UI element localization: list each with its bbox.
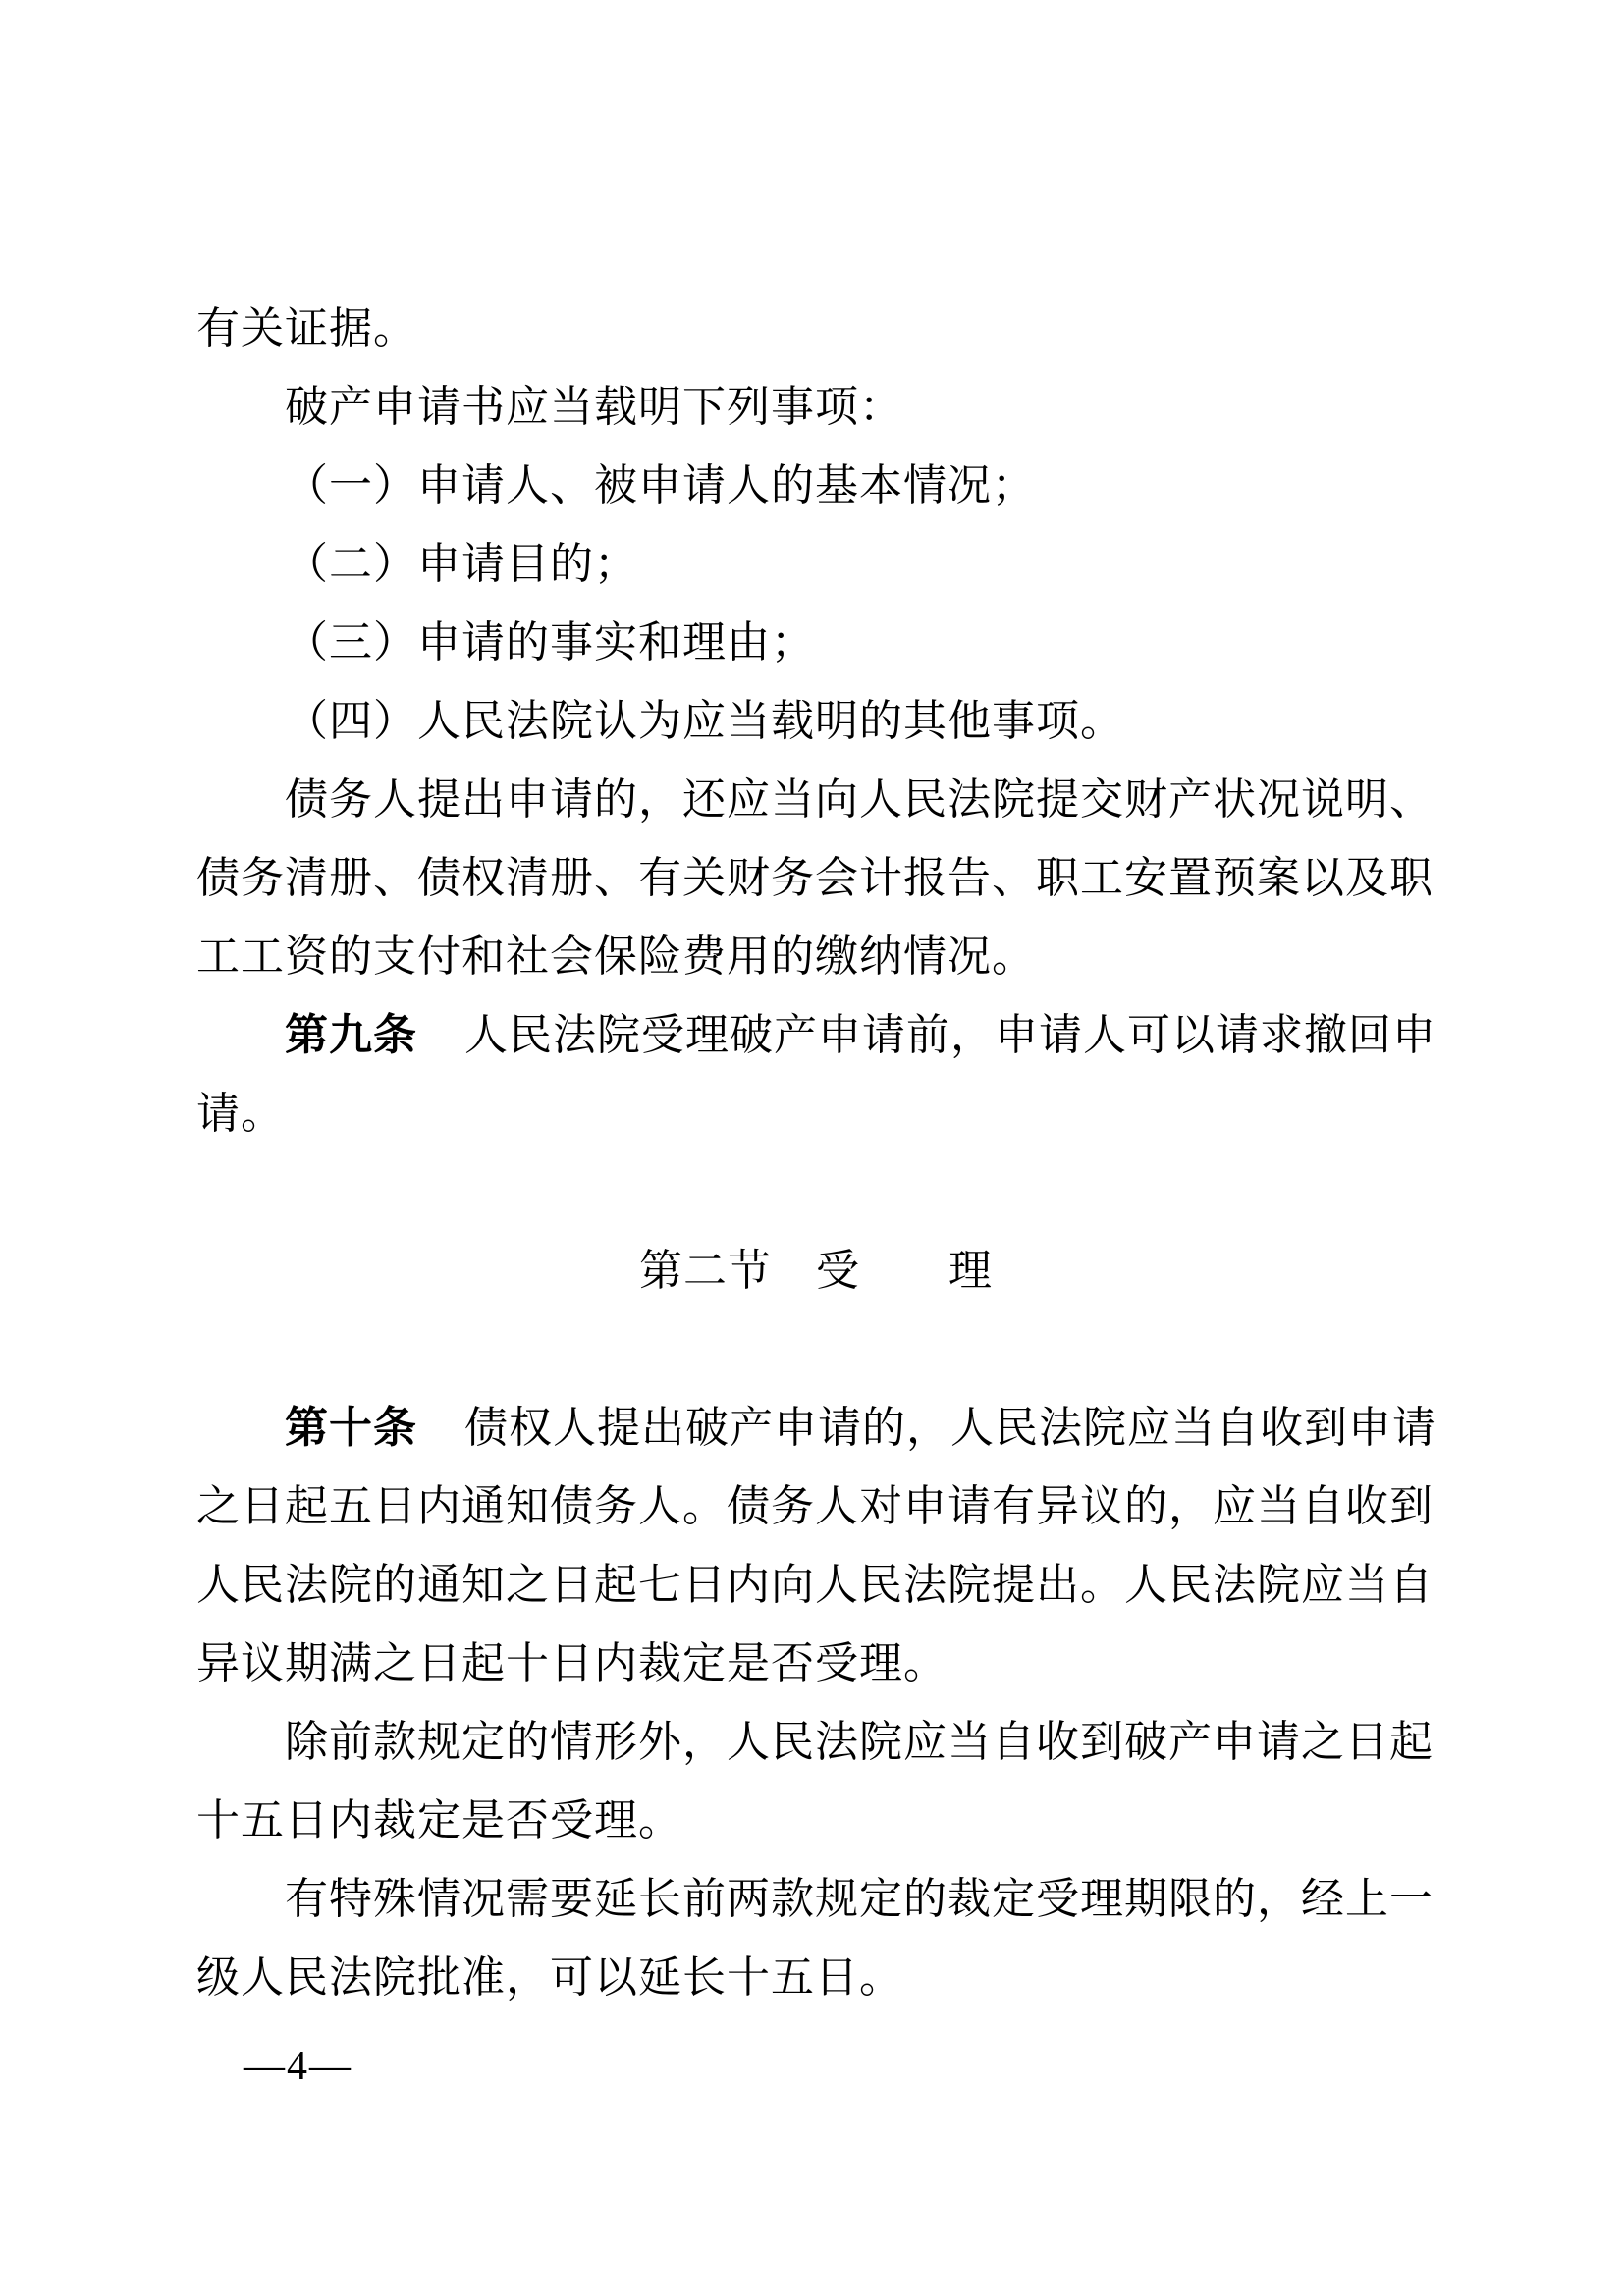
text-line: 破产申请书应当载明下列事项： [196,368,1435,447]
text-line: 级人民法院批准，可以延长十五日。 [196,1939,1435,2017]
list-item: （三）申请的事实和理由； [196,604,1435,682]
article-text: 人民法院受理破产申请前，申请人可以请求撤回申 [464,1011,1436,1059]
article-number: 第九条 [285,1011,417,1059]
text-line: 工工资的支付和社会保险费用的缴纳情况。 [196,918,1435,996]
document-page: 有关证据。 破产申请书应当载明下列事项： （一）申请人、被申请人的基本情况； （… [0,0,1624,2296]
page-number: —4— [244,2042,352,2091]
text-line: 之日起五日内通知债务人。债务人对申请有异议的，应当自收到 [196,1468,1435,1546]
text-line: 有特殊情况需要延长前两款规定的裁定受理期限的，经上一 [196,1860,1435,1939]
text-line: 债务清册、债权清册、有关财务会计报告、职工安置预案以及职 [196,839,1435,918]
blank-line [196,1153,1435,1232]
text-line: 异议期满之日起十日内裁定是否受理。 [196,1625,1435,1703]
article-text: 债权人提出破产申请的，人民法院应当自收到申请 [464,1404,1436,1452]
article-line: 第十条债权人提出破产申请的，人民法院应当自收到申请 [196,1389,1435,1468]
text-line: 请。 [196,1075,1435,1153]
article-line: 第九条人民法院受理破产申请前，申请人可以请求撤回申 [196,996,1435,1075]
text-line: 除前款规定的情形外，人民法院应当自收到破产申请之日起 [196,1703,1435,1782]
blank-line [196,1310,1435,1389]
section-title: 第二节 受 理 [196,1232,1435,1310]
article-number: 第十条 [285,1404,417,1452]
text-line: 十五日内裁定是否受理。 [196,1782,1435,1860]
list-item: （四）人民法院认为应当载明的其他事项。 [196,682,1435,761]
text-line: 债务人提出申请的，还应当向人民法院提交财产状况说明、 [196,761,1435,839]
text-line: 有关证据。 [196,290,1435,368]
list-item: （一）申请人、被申请人的基本情况； [196,447,1435,525]
text-line: 人民法院的通知之日起七日内向人民法院提出。人民法院应当自 [196,1546,1435,1625]
list-item: （二）申请目的； [196,525,1435,604]
document-body: 有关证据。 破产申请书应当载明下列事项： （一）申请人、被申请人的基本情况； （… [196,290,1435,2017]
